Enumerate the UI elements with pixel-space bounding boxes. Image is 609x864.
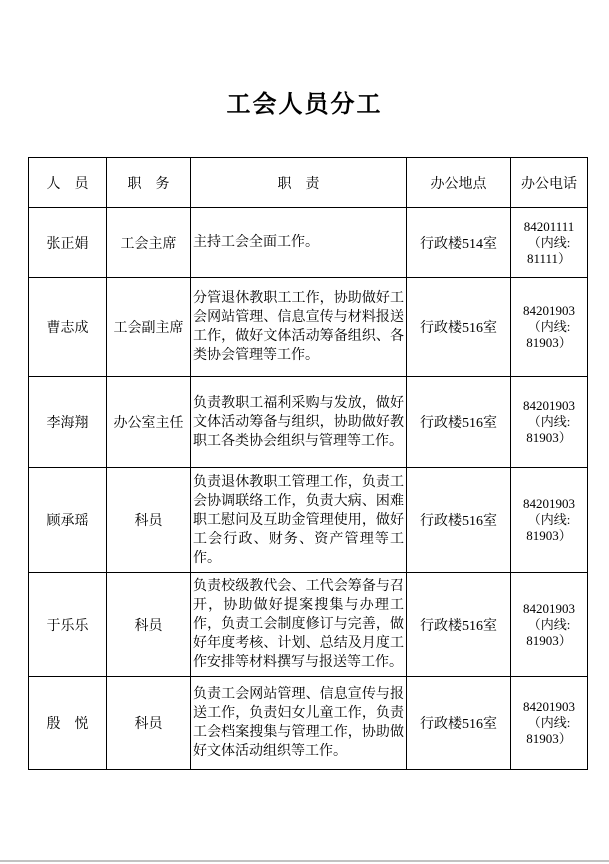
location-cell: 行政楼516室 [407, 468, 511, 573]
location-cell: 行政楼516室 [407, 573, 511, 677]
staff-duty-table: 人 员 职 务 职 责 办公地点 办公电话 张正娟 工会主席 主持工会全面工作。… [28, 157, 588, 770]
position-cell: 科员 [107, 573, 191, 677]
header-phone: 办公电话 [511, 158, 588, 208]
duty-cell: 分管退休教职工工作，协助做好工会网站管理、信息宣传与材料报送工作，做好文体活动筹… [191, 278, 407, 377]
location-cell: 行政楼514室 [407, 208, 511, 278]
duty-cell: 负责校级教代会、工代会筹备与召开，协助做好提案搜集与办理工作，负责工会制度修订与… [191, 573, 407, 677]
location-cell: 行政楼516室 [407, 278, 511, 377]
page-title: 工会人员分工 [0, 84, 609, 119]
header-duty: 职 责 [191, 158, 407, 208]
duty-cell: 负责教职工福利采购与发放，做好文体活动筹备与组织，协助做好教职工各类协会组织与管… [191, 377, 407, 468]
duty-cell: 主持工会全面工作。 [191, 208, 407, 278]
header-location: 办公地点 [407, 158, 511, 208]
table-row: 顾承瑶 科员 负责退休教职工管理工作，负责工会协调联络工作，负责大病、困难职工慰… [29, 468, 588, 573]
document-page: 工会人员分工 人 员 职 务 职 责 办公地点 办公电话 张正娟 工会主席 主持… [0, 0, 609, 864]
location-cell: 行政楼516室 [407, 677, 511, 770]
phone-cell: 84201903 （内线: 81903） [511, 468, 588, 573]
name-cell: 张正娟 [29, 208, 107, 278]
page-edge-divider [0, 860, 609, 862]
position-cell: 科员 [107, 468, 191, 573]
phone-cell: 84201903 （内线: 81903） [511, 377, 588, 468]
table-header-row: 人 员 职 务 职 责 办公地点 办公电话 [29, 158, 588, 208]
phone-cell: 84201903 （内线: 81903） [511, 573, 588, 677]
position-cell: 办公室主任 [107, 377, 191, 468]
position-cell: 科员 [107, 677, 191, 770]
table-row: 殷 悦 科员 负责工会网站管理、信息宣传与报送工作，负责妇女儿童工作，负责工会档… [29, 677, 588, 770]
table-row: 于乐乐 科员 负责校级教代会、工代会筹备与召开，协助做好提案搜集与办理工作，负责… [29, 573, 588, 677]
table-row: 曹志成 工会副主席 分管退休教职工工作，协助做好工会网站管理、信息宣传与材料报送… [29, 278, 588, 377]
header-name: 人 员 [29, 158, 107, 208]
name-cell: 于乐乐 [29, 573, 107, 677]
name-cell: 曹志成 [29, 278, 107, 377]
phone-cell: 84201111 （内线: 81111） [511, 208, 588, 278]
table-row: 李海翔 办公室主任 负责教职工福利采购与发放，做好文体活动筹备与组织，协助做好教… [29, 377, 588, 468]
name-cell: 殷 悦 [29, 677, 107, 770]
location-cell: 行政楼516室 [407, 377, 511, 468]
header-position: 职 务 [107, 158, 191, 208]
duty-cell: 负责工会网站管理、信息宣传与报送工作，负责妇女儿童工作，负责工会档案搜集与管理工… [191, 677, 407, 770]
phone-cell: 84201903 （内线: 81903） [511, 677, 588, 770]
name-cell: 李海翔 [29, 377, 107, 468]
name-cell: 顾承瑶 [29, 468, 107, 573]
position-cell: 工会主席 [107, 208, 191, 278]
position-cell: 工会副主席 [107, 278, 191, 377]
phone-cell: 84201903 （内线: 81903） [511, 278, 588, 377]
duty-cell: 负责退休教职工管理工作，负责工会协调联络工作，负责大病、困难职工慰问及互助金管理… [191, 468, 407, 573]
table-row: 张正娟 工会主席 主持工会全面工作。 行政楼514室 84201111 （内线:… [29, 208, 588, 278]
